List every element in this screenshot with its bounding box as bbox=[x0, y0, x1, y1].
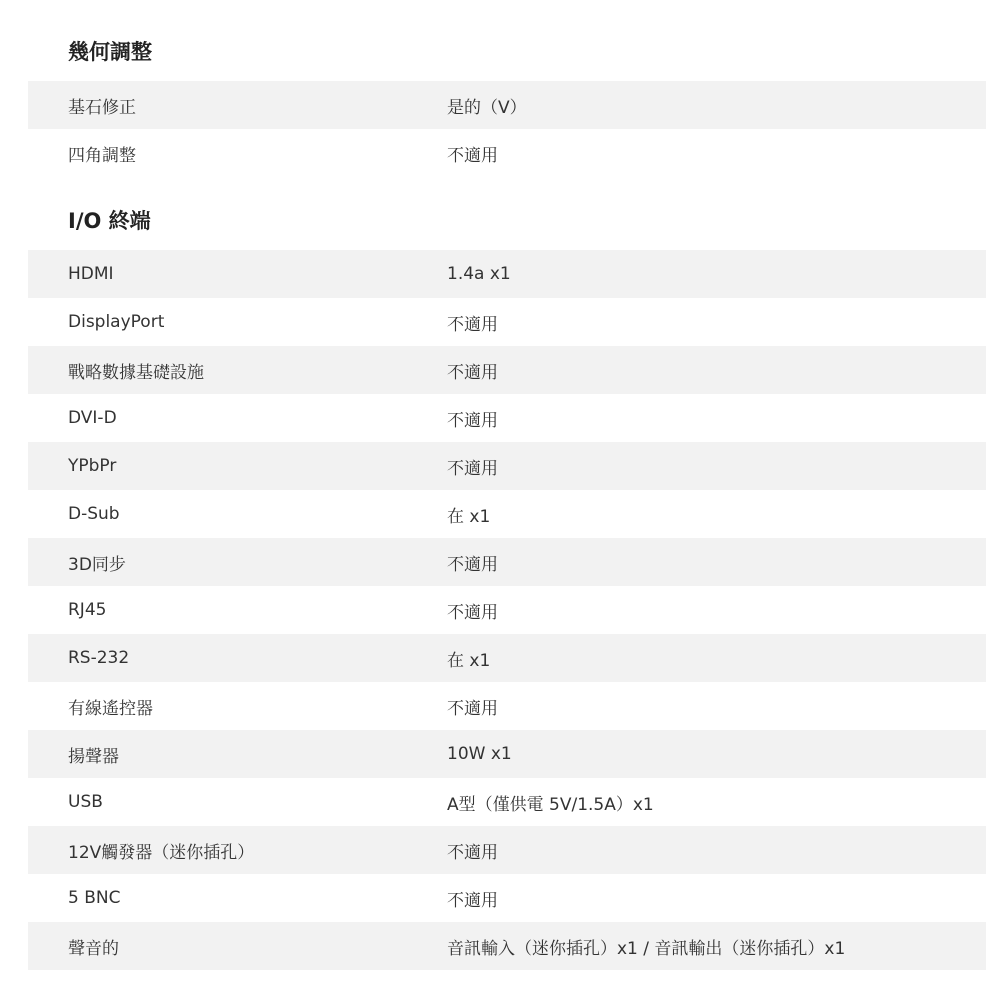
spec-sheet: 幾何調整 基石修正 是的（V） 四角調整 不適用 I/O 終端 HDMI 1.4… bbox=[28, 0, 986, 970]
spec-label: DisplayPort bbox=[28, 312, 447, 332]
spec-value: 不適用 bbox=[447, 406, 986, 431]
table-row: 有線遙控器 不適用 bbox=[28, 682, 986, 730]
section-title-geometry: 幾何調整 bbox=[28, 37, 986, 67]
table-row: RS-232 在 x1 bbox=[28, 634, 986, 682]
spec-value: 不適用 bbox=[447, 454, 986, 479]
spec-label: 聲音的 bbox=[28, 934, 447, 959]
spec-value: 不適用 bbox=[447, 358, 986, 383]
spec-value: 是的（V） bbox=[447, 93, 986, 118]
table-row: DVI-D 不適用 bbox=[28, 394, 986, 442]
spec-label: 四角調整 bbox=[28, 141, 447, 166]
table-row: D-Sub 在 x1 bbox=[28, 490, 986, 538]
table-row: 基石修正 是的（V） bbox=[28, 81, 986, 129]
spec-label: USB bbox=[28, 792, 447, 812]
table-row: YPbPr 不適用 bbox=[28, 442, 986, 490]
spec-label: 12V觸發器（迷你插孔） bbox=[28, 838, 447, 863]
spec-value: 不適用 bbox=[447, 886, 986, 911]
spec-value: 不適用 bbox=[447, 598, 986, 623]
spec-value: 不適用 bbox=[447, 141, 986, 166]
spec-label: RJ45 bbox=[28, 600, 447, 620]
spec-value: 在 x1 bbox=[447, 646, 986, 671]
spec-label: 揚聲器 bbox=[28, 742, 447, 767]
spec-table-io: HDMI 1.4a x1 DisplayPort 不適用 戰略數據基礎設施 不適… bbox=[28, 250, 986, 970]
table-row: 5 BNC 不適用 bbox=[28, 874, 986, 922]
table-row: 聲音的 音訊輸入（迷你插孔）x1 / 音訊輸出（迷你插孔）x1 bbox=[28, 922, 986, 970]
spec-label: DVI-D bbox=[28, 408, 447, 428]
spec-value: 不適用 bbox=[447, 838, 986, 863]
table-row: 3D同步 不適用 bbox=[28, 538, 986, 586]
spec-label: RS-232 bbox=[28, 648, 447, 668]
table-row: 揚聲器 10W x1 bbox=[28, 730, 986, 778]
spec-value: A型（僅供電 5V/1.5A）x1 bbox=[447, 790, 986, 815]
spec-value: 不適用 bbox=[447, 550, 986, 575]
table-row: 四角調整 不適用 bbox=[28, 129, 986, 177]
spec-table-geometry: 基石修正 是的（V） 四角調整 不適用 bbox=[28, 81, 986, 177]
spec-label: D-Sub bbox=[28, 504, 447, 524]
spec-value: 在 x1 bbox=[447, 502, 986, 527]
spec-value: 不適用 bbox=[447, 694, 986, 719]
section-title-io-terminals: I/O 終端 bbox=[28, 206, 986, 236]
table-row: RJ45 不適用 bbox=[28, 586, 986, 634]
spec-value: 不適用 bbox=[447, 310, 986, 335]
table-row: 戰略數據基礎設施 不適用 bbox=[28, 346, 986, 394]
table-row: DisplayPort 不適用 bbox=[28, 298, 986, 346]
spec-label: 3D同步 bbox=[28, 550, 447, 575]
table-row: USB A型（僅供電 5V/1.5A）x1 bbox=[28, 778, 986, 826]
spec-label: 基石修正 bbox=[28, 93, 447, 118]
spec-label: 戰略數據基礎設施 bbox=[28, 358, 447, 383]
spec-label: 5 BNC bbox=[28, 888, 447, 908]
spec-value: 10W x1 bbox=[447, 744, 986, 764]
spec-label: YPbPr bbox=[28, 456, 447, 476]
spec-value: 1.4a x1 bbox=[447, 264, 986, 284]
spec-label: HDMI bbox=[28, 264, 447, 284]
table-row: 12V觸發器（迷你插孔） 不適用 bbox=[28, 826, 986, 874]
spec-label: 有線遙控器 bbox=[28, 694, 447, 719]
table-row: HDMI 1.4a x1 bbox=[28, 250, 986, 298]
spec-value: 音訊輸入（迷你插孔）x1 / 音訊輸出（迷你插孔）x1 bbox=[447, 934, 986, 959]
